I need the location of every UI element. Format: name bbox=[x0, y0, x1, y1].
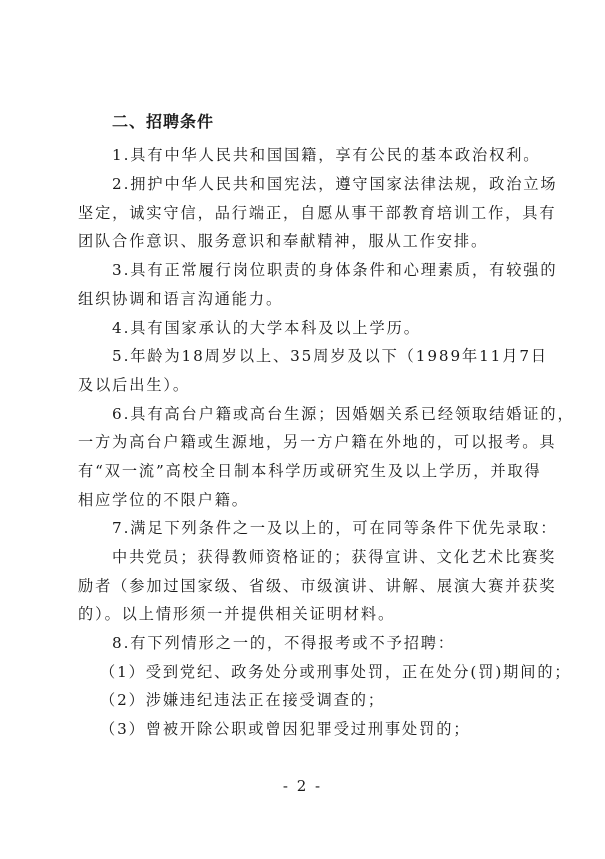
condition-6-line-1: 6.具有高台户籍或高台生源；因婚姻关系已经领取结婚证的， bbox=[112, 404, 533, 424]
condition-3-line-1: 3.具有正常履行岗位职责的身体条件和心理素质，有较强的 bbox=[112, 260, 533, 280]
condition-7-line-4: 的）。以上情形须一并提供相关证明材料。 bbox=[78, 604, 533, 624]
page-number: - 2 - bbox=[0, 777, 605, 795]
condition-7-line-2: 中共党员；获得教师资格证的；获得宣讲、文化艺术比赛奖 bbox=[112, 547, 533, 567]
condition-8-item-2: （2）涉嫌违纪违法正在接受调查的； bbox=[100, 690, 533, 710]
condition-5-line-2: 及以后出生）。 bbox=[78, 375, 533, 395]
condition-8-item-3: （3）曾被开除公职或曾因犯罪受过刑事处罚的； bbox=[100, 719, 533, 739]
condition-2-line-2: 坚定，诚实守信，品行端正，自愿从事干部教育培训工作，具有 bbox=[78, 203, 533, 223]
condition-3-line-2: 组织协调和语言沟通能力。 bbox=[78, 289, 533, 309]
condition-4-line-1: 4.具有国家承认的大学本科及以上学历。 bbox=[112, 318, 533, 338]
condition-8-item-1: （1）受到党纪、政务处分或刑事处罚，正在处分(罚)期间的； bbox=[100, 662, 533, 682]
document-page: 二、招聘条件 1.具有中华人民共和国国籍，享有公民的基本政治权利。 2.拥护中华… bbox=[0, 0, 605, 859]
condition-5-line-1: 5.年龄为18周岁以上、35周岁及以下（1989年11月7日 bbox=[112, 346, 533, 366]
condition-7-line-1: 7.满足下列条件之一及以上的，可在同等条件下优先录取： bbox=[112, 518, 533, 538]
condition-2-line-3: 团队合作意识、服务意识和奉献精神，服从工作安排。 bbox=[78, 231, 533, 251]
condition-6-line-4: 相应学位的不限户籍。 bbox=[78, 490, 533, 510]
condition-7-line-3: 励者（参加过国家级、省级、市级演讲、讲解、展演大赛并获奖 bbox=[78, 576, 533, 596]
condition-1-line-1: 1.具有中华人民共和国国籍，享有公民的基本政治权利。 bbox=[112, 145, 533, 165]
condition-6-line-3: 有“双一流”高校全日制本科学历或研究生及以上学历，并取得 bbox=[78, 461, 533, 481]
condition-6-line-2: 一方为高台户籍或生源地，另一方户籍在外地的，可以报考。具 bbox=[78, 432, 533, 452]
condition-2-line-1: 2.拥护中华人民共和国宪法，遵守国家法律法规，政治立场 bbox=[112, 174, 533, 194]
condition-8-line-1: 8.有下列情形之一的，不得报考或不予招聘： bbox=[112, 633, 533, 653]
section-heading: 二、招聘条件 bbox=[112, 112, 214, 132]
